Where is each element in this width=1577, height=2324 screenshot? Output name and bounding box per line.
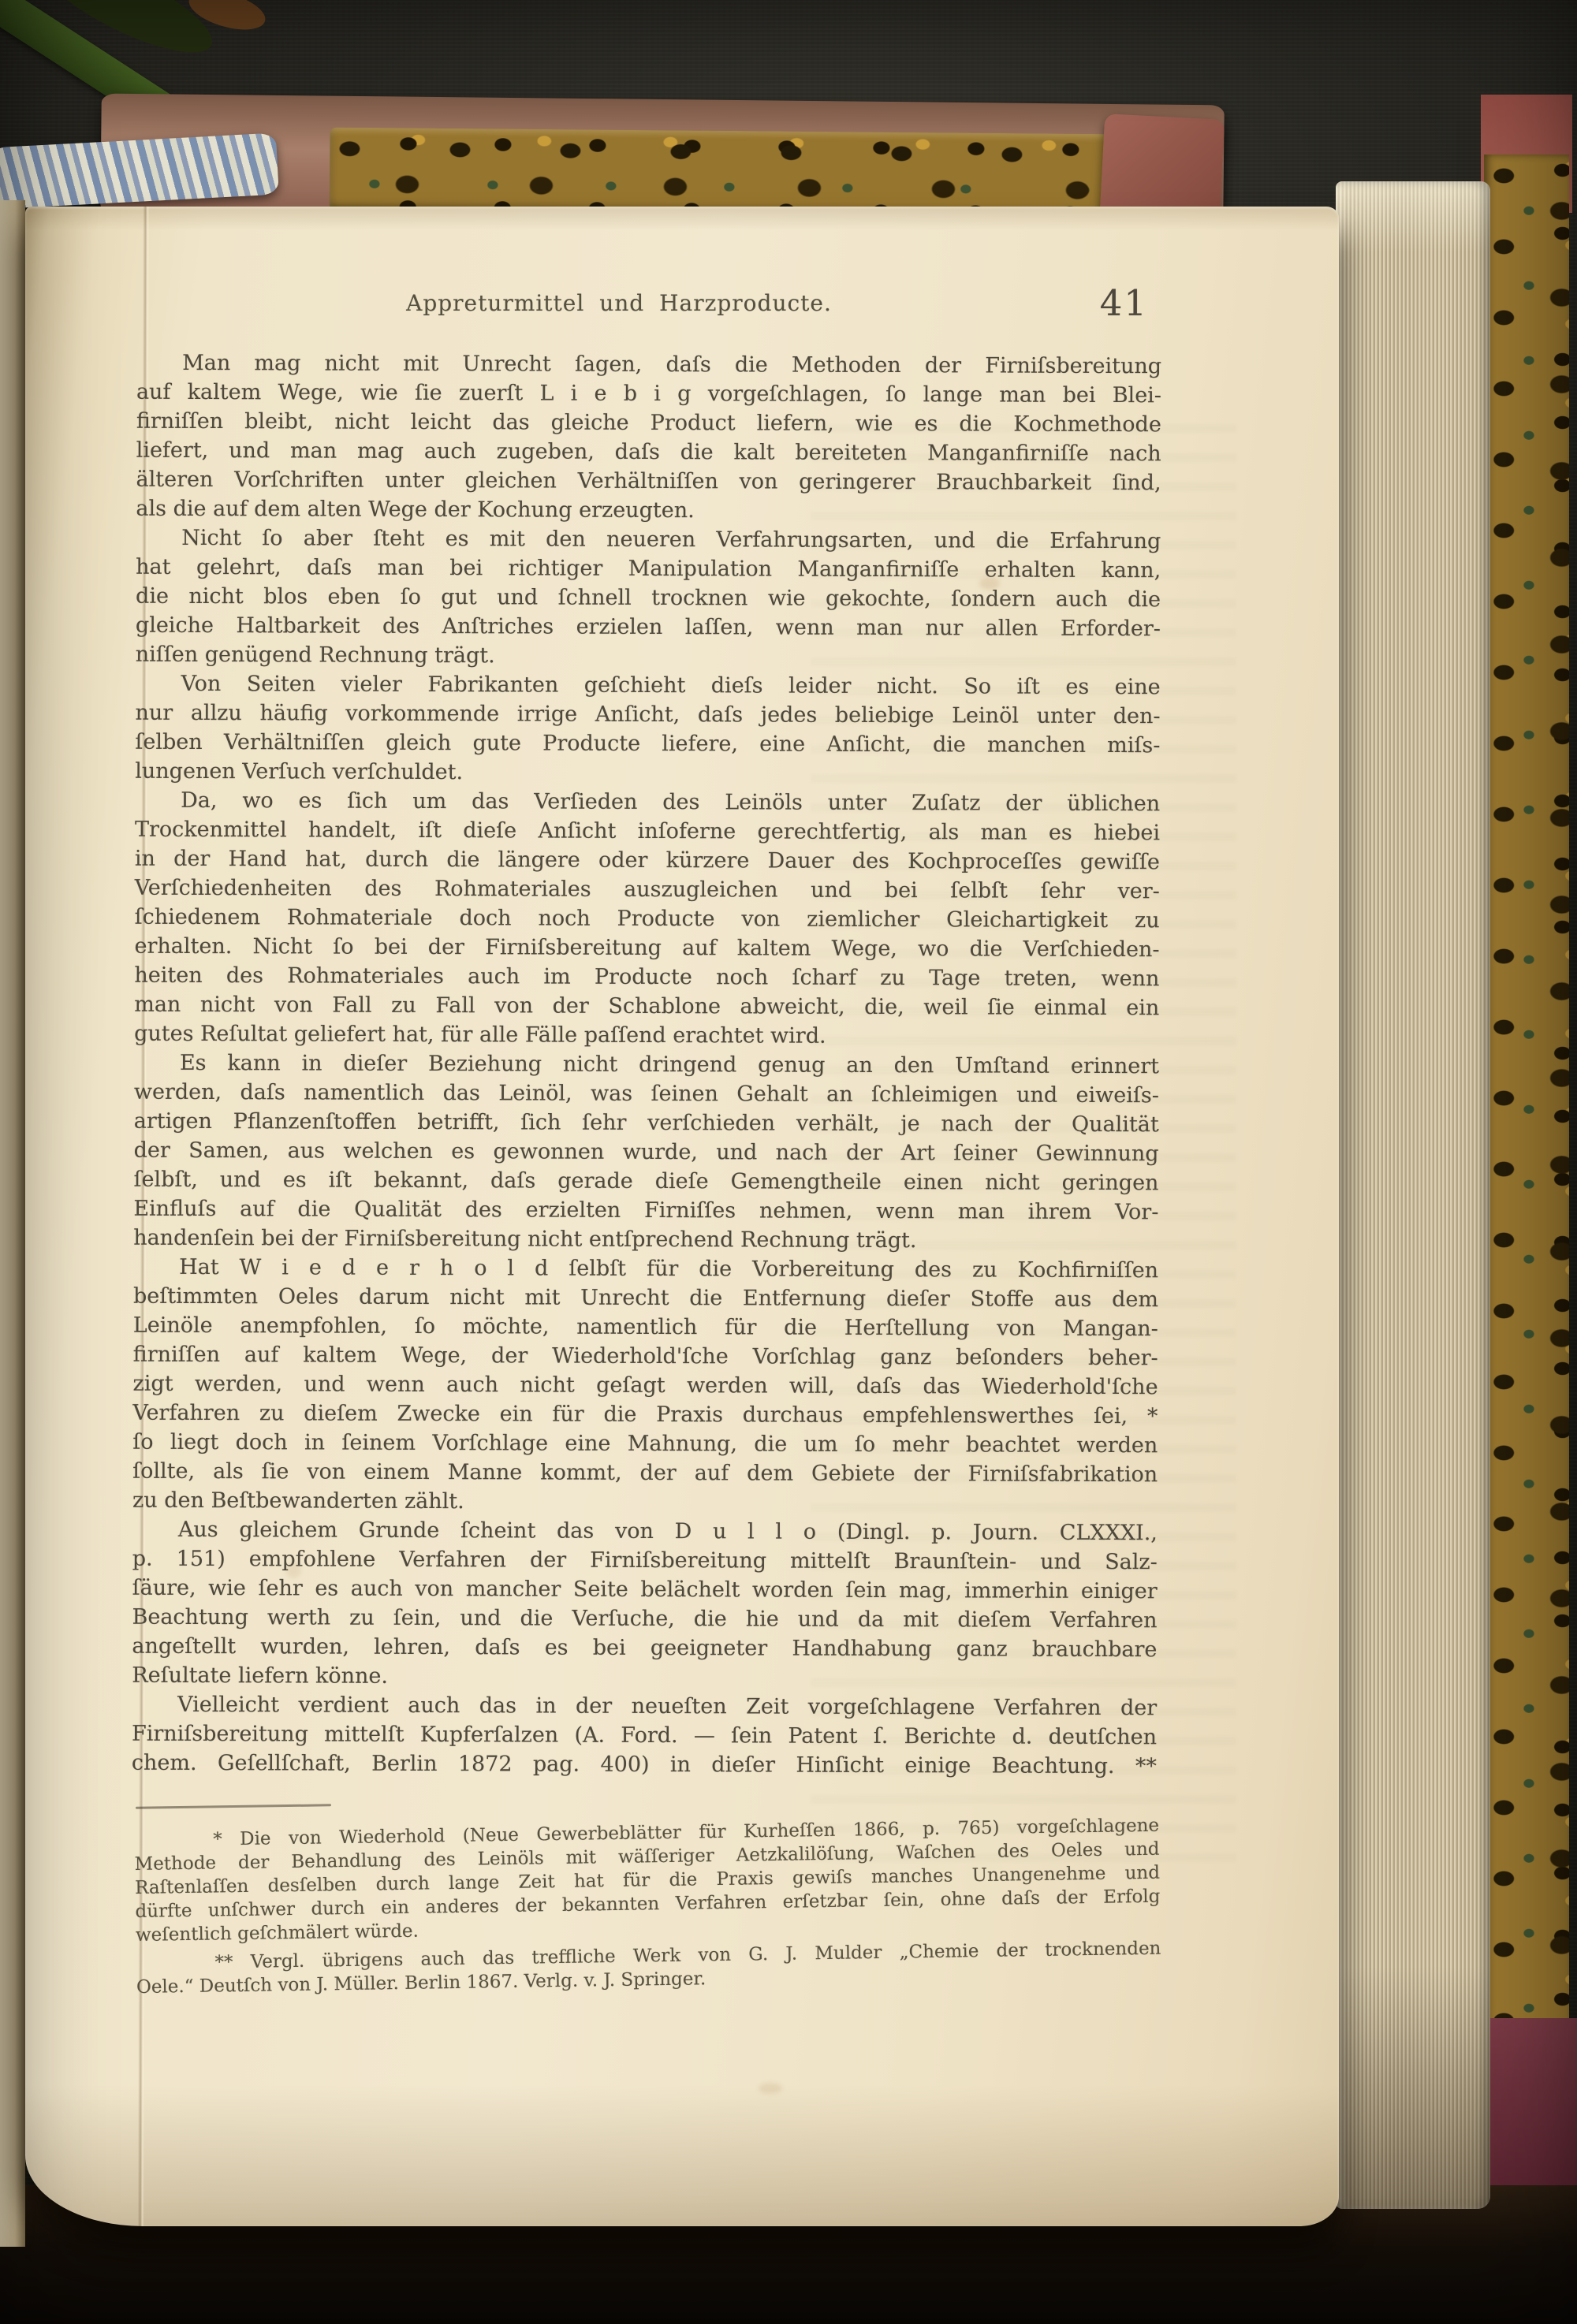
text-line: heiten des Rohmateriales auch im Product…: [134, 961, 1159, 994]
text-line: Von Seiten vieler Fabrikanten geſchieht …: [136, 669, 1161, 702]
text-line: handenſein bei der Firniſsbereitung nich…: [133, 1223, 1158, 1257]
footnote: ** Vergl. übrigens auch das treffliche W…: [136, 1937, 1161, 1999]
text-line: chem. Geſellſchaft, Berlin 1872 pag. 400…: [132, 1749, 1157, 1782]
page-block-fore-edge: [1336, 181, 1490, 2209]
page-body: Man mag nicht mit Unrecht ſagen, daſs di…: [132, 348, 1161, 1782]
text-line: angeſtellt wurden, lehren, daſs es bei g…: [132, 1632, 1157, 1665]
text-line: Es kann in dieſer Beziehung nicht dringe…: [134, 1048, 1159, 1082]
text-line: liefert, und man mag auch zugeben, daſs …: [136, 436, 1161, 469]
text-line: ſollte, als ſie von einem Manne kommt, d…: [132, 1457, 1158, 1490]
text-line: man nicht von Fall zu Fall von der Schab…: [134, 990, 1159, 1023]
text-line: Nicht ſo aber ſteht es mit den neueren V…: [136, 523, 1161, 557]
book-page: Appreturmittel und Harzproducte. 41 Man …: [25, 207, 1339, 2226]
text-line: Trockenmittel handelt, iſt dieſe Anſicht…: [135, 815, 1160, 848]
text-line: Verfahren zu dieſem Zwecke ein für die P…: [132, 1398, 1158, 1432]
text-line: Firniſsbereitung mittelſt Kupferſalzen (…: [132, 1719, 1157, 1752]
text-line: p. 151) empfohlene Verfahren der Firniſs…: [132, 1544, 1158, 1577]
text-line: älteren Vorſchriften unter gleichen Verh…: [136, 465, 1161, 498]
text-line: firniſſen bleibt, nicht leicht das gleic…: [136, 407, 1161, 440]
text-line: Leinöle anempfohlen, ſo möchte, namentli…: [133, 1311, 1158, 1344]
text-line: ſchiedenem Rohmateriale doch noch Produc…: [135, 903, 1160, 936]
page-header: Appreturmittel und Harzproducte. 41: [134, 290, 1159, 334]
text-line: hat gelehrt, daſs man bei richtiger Mani…: [136, 553, 1161, 586]
text-line: Verſchiedenheiten des Rohmateriales ausz…: [135, 873, 1160, 907]
running-title: Appreturmittel und Harzproducte.: [134, 290, 1104, 316]
text-line: Einfluſs auf die Qualität des erzielten …: [133, 1194, 1158, 1227]
footnote-separator: [136, 1804, 331, 1808]
text-line: Man mag nicht mit Unrecht ſagen, daſs di…: [136, 348, 1161, 382]
text-line: ſäure, wie ſehr es auch von mancher Seit…: [132, 1574, 1158, 1607]
book-scan-photo: Appreturmittel und Harzproducte. 41 Man …: [0, 0, 1577, 2324]
footnotes: * Die von Wiederhold (Neue Gewerbeblätte…: [134, 1814, 1161, 2004]
text-line: niſſen genügend Rechnung trägt.: [136, 640, 1161, 673]
text-line: die nicht blos eben ſo gut und ſchnell t…: [136, 582, 1161, 615]
paragraph: Aus gleichem Grunde ſcheint das von D u …: [132, 1515, 1158, 1694]
text-line: der Samen, aus welchen es gewonnen wurde…: [134, 1136, 1159, 1169]
text-line: artigen Pflanzenſtoffen betrifft, ſich ſ…: [134, 1107, 1159, 1140]
paragraph: Nicht ſo aber ſteht es mit den neueren V…: [136, 523, 1161, 673]
text-line: beſtimmten Oeles darum nicht mit Unrecht…: [133, 1282, 1158, 1315]
left-page-sliver: [0, 200, 25, 2247]
text-line: ſelben Verhältniſſen gleich gute Product…: [135, 728, 1160, 761]
paragraph: Da, wo es ſich um das Verſieden des Lein…: [134, 786, 1160, 1052]
text-line: zigt werden, und wenn auch nicht geſagt …: [133, 1369, 1158, 1402]
footnote: * Die von Wiederhold (Neue Gewerbeblätte…: [134, 1814, 1161, 1947]
paragraph: Es kann in dieſer Beziehung nicht dringe…: [133, 1048, 1159, 1257]
text-line: ſelbſt, und es iſt bekannt, daſs gerade …: [133, 1165, 1158, 1198]
text-line: auf kaltem Wege, wie ſie zuerſt L i e b …: [136, 378, 1161, 411]
text-line: zu den Beſtbewanderten zählt.: [132, 1486, 1158, 1519]
page-number: 41: [1100, 282, 1148, 324]
paragraph: Hat W i e d e r h o l d ſelbſt für die V…: [132, 1253, 1158, 1519]
text-line: Reſultate liefern könne.: [132, 1661, 1157, 1694]
text-line: Vielleicht verdient auch das in der neue…: [132, 1690, 1157, 1723]
text-line: als die auf dem alten Wege der Kochung e…: [136, 494, 1161, 527]
paragraph: Man mag nicht mit Unrecht ſagen, daſs di…: [136, 348, 1161, 527]
text-line: firniſſen auf kaltem Wege, der Wiederhol…: [133, 1340, 1158, 1373]
text-line: Da, wo es ſich um das Verſieden des Lein…: [135, 786, 1160, 819]
text-line: erhalten. Nicht ſo bei der Firniſsbereit…: [134, 932, 1159, 965]
text-line: Hat W i e d e r h o l d ſelbſt für die V…: [133, 1253, 1158, 1286]
text-line: werden, daſs namentlich das Leinöl, was …: [134, 1078, 1159, 1111]
text-line: Aus gleichem Grunde ſcheint das von D u …: [132, 1515, 1158, 1548]
marbled-cover-board: [1484, 155, 1569, 2324]
text-line: nur allzu häufig vorkommende irrige Anſi…: [135, 698, 1160, 732]
text-line: lungenen Verſuch verſchuldet.: [135, 757, 1160, 790]
paragraph: Vielleicht verdient auch das in der neue…: [132, 1690, 1157, 1782]
text-line: gleiche Haltbarkeit des Anſtriches erzie…: [136, 611, 1161, 644]
text-line: Beachtung werth zu ſein, und die Verſuch…: [132, 1603, 1157, 1636]
foxing-spot: [759, 2083, 782, 2094]
book-top-edge-marbling: [330, 128, 1130, 218]
text-line: in der Hand hat, durch die längere oder …: [135, 844, 1160, 877]
text-line: ſo liegt doch in ſeinem Vorſchlage eine …: [132, 1428, 1158, 1461]
paragraph: Von Seiten vieler Fabrikanten geſchieht …: [135, 669, 1161, 790]
text-line: gutes Reſultat geliefert hat, für alle F…: [134, 1019, 1159, 1052]
